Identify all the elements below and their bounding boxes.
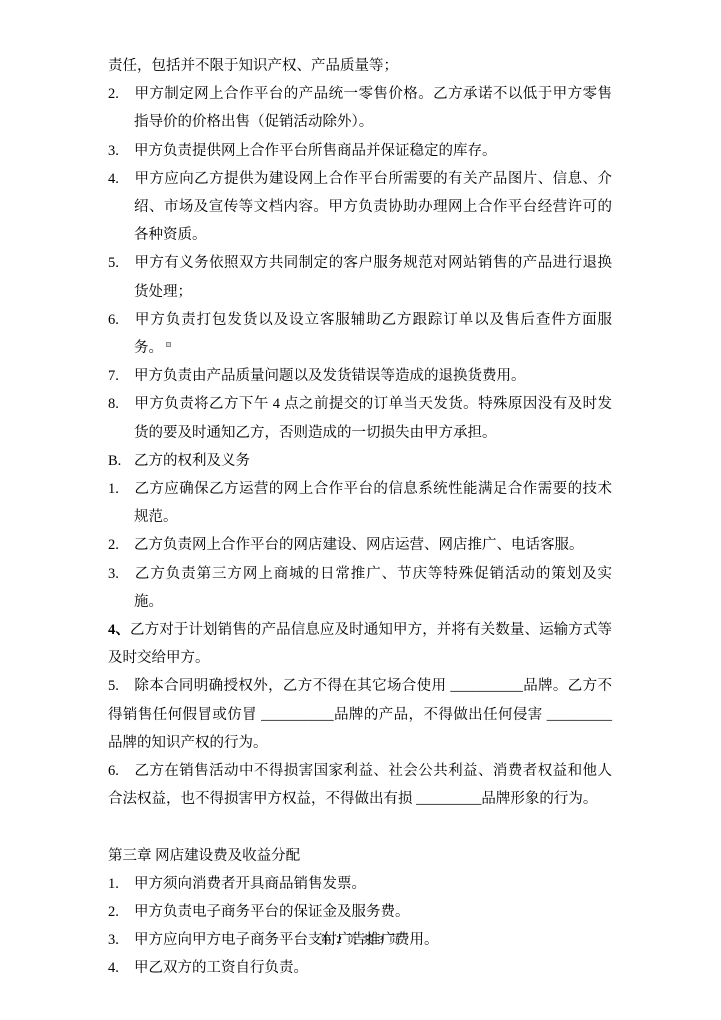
paragraph-text: 乙方对于计划销售的产品信息应及时通知甲方，并将有关数量、运输方式等及时交给甲方。 xyxy=(108,622,612,666)
document-body: 责任，包括并不限于知识产权、产品质量等；2.甲方制定网上合作平台的产品统一零售价… xyxy=(108,52,612,983)
list-marker: 8. xyxy=(108,390,134,418)
list-item: 4.甲方应向乙方提供为建设网上合作平台所需要的有关产品图片、信息、介绍、市场及宣… xyxy=(108,165,612,250)
paragraph-text: 乙方应确保乙方运营的网上合作平台的信息系统性能满足合作需要的技术规范。 xyxy=(134,481,612,525)
list-marker: 3. xyxy=(108,560,134,588)
list-marker: 2. xyxy=(108,531,134,559)
paragraph-text: 甲乙双方的工资自行负责。 xyxy=(134,960,308,976)
paragraph-text: 甲方须向消费者开具商品销售发票。 xyxy=(134,876,366,892)
list-marker: 6. xyxy=(108,306,134,334)
list-item: B.乙方的权利及义务 xyxy=(108,447,612,475)
paragraph-text: 责任，包括并不限于知识产权、产品质量等； xyxy=(108,58,398,74)
list-item: 3.乙方负责第三方网上商城的日常推广、节庆等特殊促销活动的策划及实施。 xyxy=(108,560,612,616)
page-number: 第 2 页 共 3 页 xyxy=(0,932,721,948)
list-item: 4.甲乙双方的工资自行负责。 xyxy=(108,954,612,982)
paragraph-text: 甲方负责打包发货以及设立客服辅助乙方跟踪订单以及售后查件方面服务。 xyxy=(134,312,612,356)
paragraph-text: 乙方的权利及义务 xyxy=(134,453,250,469)
list-item: 1.乙方应确保乙方运营的网上合作平台的信息系统性能满足合作需要的技术规范。 xyxy=(108,475,612,531)
list-item: 5.甲方有义务依照双方共同制定的客户服务规范对网站销售的产品进行退换货处理； xyxy=(108,249,612,305)
paragraph: 责任，包括并不限于知识产权、产品质量等； xyxy=(108,52,612,80)
list-item: 2.甲方制定网上合作平台的产品统一零售价格。乙方承诺不以低于甲方零售指导价的价格… xyxy=(108,80,612,136)
list-item: 2.乙方负责网上合作平台的网店建设、网店运营、网店推广、电话客服。 xyxy=(108,531,612,559)
list-marker: B. xyxy=(108,447,134,475)
paragraph-text: 除本合同明确授权外，乙方不得在其它场合使用 __________品牌。乙方不得销… xyxy=(108,678,612,750)
paragraph-text: 甲方制定网上合作平台的产品统一零售价格。乙方承诺不以低于甲方零售指导价的价格出售… xyxy=(134,86,612,130)
list-marker: 2. xyxy=(108,80,134,108)
list-marker: 4. xyxy=(108,165,134,193)
list-marker: 5. xyxy=(108,672,134,700)
list-marker: 5. xyxy=(108,249,134,277)
list-marker: 4、 xyxy=(108,622,130,638)
blank-line xyxy=(108,813,612,841)
list-item: 1.甲方须向消费者开具商品销售发票。 xyxy=(108,870,612,898)
list-marker: 2. xyxy=(108,898,134,926)
list-item: 6.甲方负责打包发货以及设立客服辅助乙方跟踪订单以及售后查件方面服务。 xyxy=(108,306,612,362)
list-item: 5.除本合同明确授权外，乙方不得在其它场合使用 __________品牌。乙方不… xyxy=(108,672,612,757)
list-item: 6.乙方在销售活动中不得损害国家利益、社会公共利益、消费者权益和他人合法权益，也… xyxy=(108,757,612,813)
list-marker: 6. xyxy=(108,757,134,785)
paragraph-text: 甲方有义务依照双方共同制定的客户服务规范对网站销售的产品进行退换货处理； xyxy=(134,255,612,299)
paragraph-text: 乙方负责网上合作平台的网店建设、网店运营、网店推广、电话客服。 xyxy=(134,537,584,553)
paragraph-text: 甲方应向乙方提供为建设网上合作平台所需要的有关产品图片、信息、介绍、市场及宣传等… xyxy=(134,171,612,243)
list-item: 7.甲方负责由产品质量问题以及发货错误等造成的退换货费用。 xyxy=(108,362,612,390)
chapter-heading: 第三章 网店建设费及收益分配 xyxy=(108,842,612,870)
list-marker: 1. xyxy=(108,870,134,898)
list-item: 2.甲方负责电子商务平台的保证金及服务费。 xyxy=(108,898,612,926)
list-marker: 3. xyxy=(108,137,134,165)
stray-mark-icon xyxy=(166,342,171,347)
paragraph-text: 甲方负责由产品质量问题以及发货错误等造成的退换货费用。 xyxy=(134,368,526,384)
list-item: 8.甲方负责将乙方下午 4 点之前提交的订单当天发货。特殊原因没有及时发货的要及… xyxy=(108,390,612,446)
list-marker: 4. xyxy=(108,954,134,982)
paragraph-text: 乙方在销售活动中不得损害国家利益、社会公共利益、消费者权益和他人合法权益，也不得… xyxy=(108,763,612,807)
list-marker: 1. xyxy=(108,475,134,503)
list-item: 3.甲方负责提供网上合作平台所售商品并保证稳定的库存。 xyxy=(108,137,612,165)
paragraph-text: 甲方负责将乙方下午 4 点之前提交的订单当天发货。特殊原因没有及时发货的要及时通… xyxy=(134,396,612,440)
paragraph-text: 乙方负责第三方网上商城的日常推广、节庆等特殊促销活动的策划及实施。 xyxy=(134,566,612,610)
list-marker: 7. xyxy=(108,362,134,390)
paragraph-text: 甲方负责电子商务平台的保证金及服务费。 xyxy=(134,904,410,920)
list-item: 4、乙方对于计划销售的产品信息应及时通知甲方，并将有关数量、运输方式等及时交给甲… xyxy=(108,616,612,672)
paragraph-text: 第三章 网店建设费及收益分配 xyxy=(108,848,300,864)
paragraph-text: 甲方负责提供网上合作平台所售商品并保证稳定的库存。 xyxy=(134,143,497,159)
